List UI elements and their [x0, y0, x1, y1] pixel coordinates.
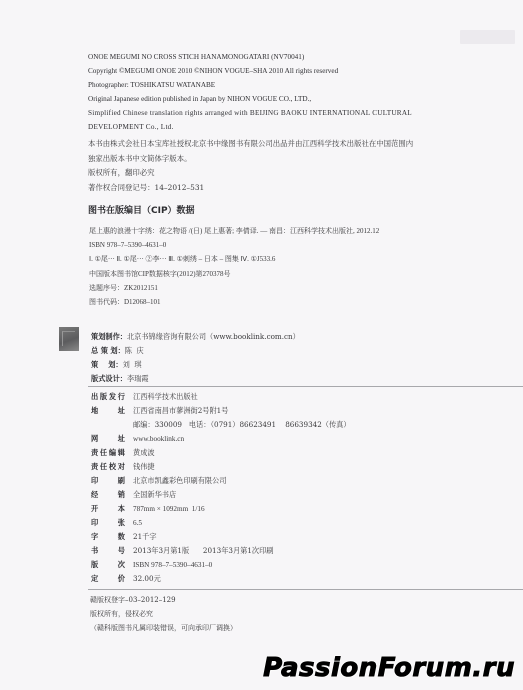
footer-line: （赣科版图书凡属印装错误，可向承印厂调换） — [90, 621, 237, 635]
pub-row: 网 址www.booklink.cn — [91, 432, 351, 446]
footer-line: 赣版权登字–03–2012–129 — [90, 593, 237, 607]
footer-line: 版权所有，侵权必究 — [90, 607, 237, 621]
cip-line: Ⅰ. ①尾··· Ⅱ. ①尾··· ②李··· Ⅲ. ①刺绣 – 日本 – 图集… — [89, 252, 379, 266]
cip-line: 中国版本图书馆CIP数据核字(2012)第270378号 — [89, 267, 379, 281]
pub-row: 责任校对钱伟捷 — [91, 460, 351, 474]
credit-line-translation-rights: Simplified Chinese translation rights ar… — [88, 106, 412, 120]
copyright-page: ONOE MEGUMI NO CROSS STICH HANAMONOGATAR… — [0, 0, 523, 690]
pub-row: 开 本787mm × 1092mm 1/16 — [91, 502, 351, 516]
rights-line: 本书由株式会社日本宝库社授权北京书中缘图书有限公司出品并由江西科学技术出版社在中… — [88, 137, 413, 152]
credit-line-development: DEVELOPMENT Co., Ltd. — [88, 120, 412, 134]
rights-line: 版权所有，翻印必究 — [88, 166, 413, 181]
cip-data: 尾上惠的浪漫十字绣：花之物语 /(日) 尾上惠著; 李倩译. — 南昌：江西科学… — [89, 224, 379, 309]
credit-line-copyright: Copyright ©MEGUMI ONOE 2010 ©NIHON VOGUE… — [88, 64, 412, 78]
cip-heading: 图书在版编目（CIP）数据 — [88, 203, 195, 216]
pub-row: 字 数21千字 — [91, 530, 351, 544]
planning-row: 总 策 划： 陈 庆 — [91, 344, 300, 358]
cip-line: ISBN 978–7–5390–4631–0 — [89, 238, 379, 252]
pub-row: 定 价32.00元 — [91, 572, 351, 586]
credit-line-original-edition: Original Japanese edition published in J… — [88, 92, 412, 106]
planning-row: 版式设计： 李瑞霞 — [91, 372, 300, 386]
chinese-rights: 本书由株式会社日本宝库社授权北京书中缘图书有限公司出品并由江西科学技术出版社在中… — [88, 137, 413, 195]
divider-line — [88, 589, 523, 590]
credit-line-photographer: Photographer: TOSHIKATSU WATANABE — [88, 78, 412, 92]
cip-line: 选题序号：ZK2012151 — [89, 281, 379, 295]
english-credits: ONOE MEGUMI NO CROSS STICH HANAMONOGATAR… — [88, 50, 412, 134]
cip-line: 图书代码：D12068–101 — [89, 295, 379, 309]
cip-line: 尾上惠的浪漫十字绣：花之物语 /(日) 尾上惠著; 李倩译. — 南昌：江西科学… — [89, 224, 379, 238]
pub-row: 出版发行江西科学技术出版社 — [91, 390, 351, 404]
pub-row: 版 次ISBN 978–7–5390–4631–0 — [91, 558, 351, 572]
pub-row: 地 址江西省南昌市蓼洲街2号附1号 — [91, 404, 351, 418]
pub-row: 邮编：330009 电话：（0791）86623491 86639342（传真） — [91, 418, 351, 432]
bleed-through-block — [460, 30, 515, 44]
pub-row: 印 张6.5 — [91, 516, 351, 530]
publisher-logo-icon — [59, 327, 79, 351]
pub-row: 责任编辑黄成波 — [91, 446, 351, 460]
pub-row: 书 号2013年3月第1版 2013年3月第1次印刷 — [91, 544, 351, 558]
rights-line: 独家出版本书中文简体字版本。 — [88, 152, 413, 167]
footer-notes: 赣版权登字–03–2012–129 版权所有，侵权必究 （赣科版图书凡属印装错误… — [90, 593, 237, 635]
planning-row: 策 划： 刘 琪 — [91, 358, 300, 372]
planning-row: 策划制作： 北京书锦缘咨询有限公司（www.booklink.com.cn） — [91, 330, 300, 344]
publication-details: 出版发行江西科学技术出版社 地 址江西省南昌市蓼洲街2号附1号 邮编：33000… — [91, 390, 351, 586]
planning-credits: 策划制作： 北京书锦缘咨询有限公司（www.booklink.com.cn） 总… — [91, 330, 300, 386]
pub-row: 印 刷北京市凯鑫彩色印刷有限公司 — [91, 474, 351, 488]
watermark-logo: PassionForum.ru — [263, 653, 515, 683]
rights-line: 著作权合同登记号：14–2012–531 — [88, 181, 413, 196]
divider-line — [88, 386, 523, 387]
pub-row: 经 销全国新华书店 — [91, 488, 351, 502]
credit-line-title: ONOE MEGUMI NO CROSS STICH HANAMONOGATAR… — [88, 50, 412, 64]
